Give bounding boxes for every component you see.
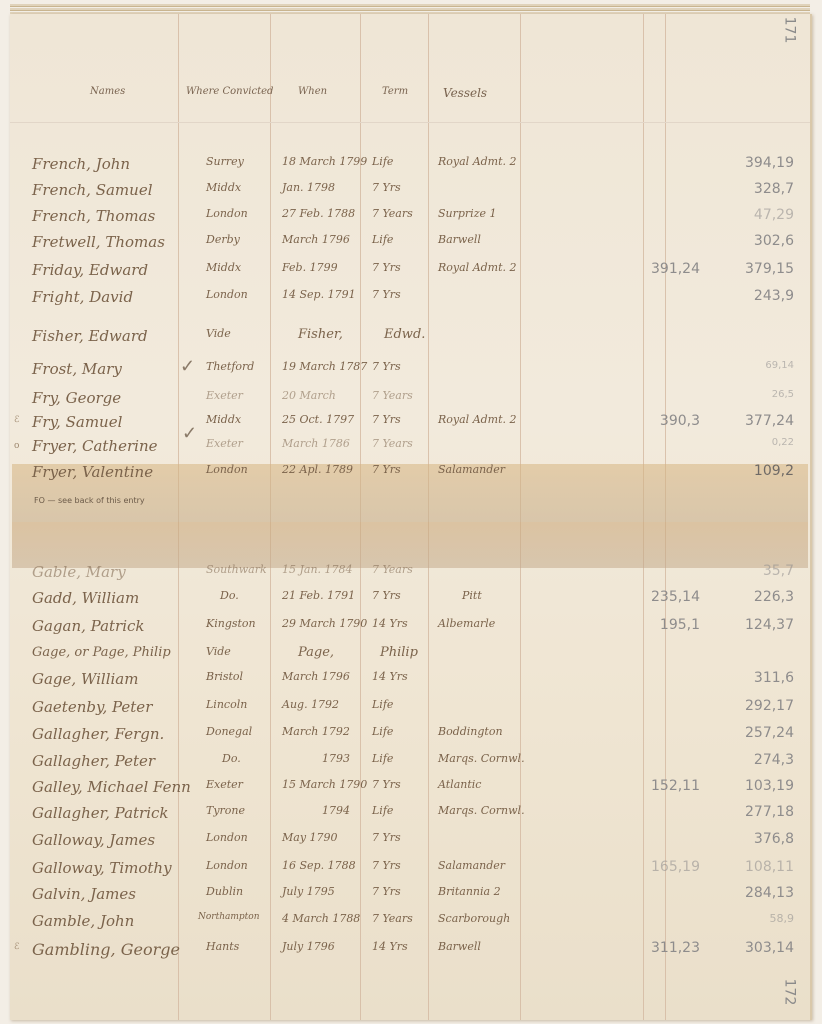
ref-number-2: 274,3 [712, 752, 794, 768]
vessel: Scarborough [438, 912, 510, 925]
term: Life [372, 155, 393, 168]
ref-number-2: 376,8 [712, 831, 794, 847]
term: 7 Yrs [372, 413, 401, 426]
ref-number-2: 377,24 [712, 413, 794, 429]
ref-number-2: 103,19 [712, 778, 794, 794]
convict-name: Galley, Michael Fenn [32, 778, 191, 796]
where-convicted: Vide [206, 645, 231, 658]
where-convicted: Kingston [206, 617, 256, 630]
margin-mark: ℰ [14, 942, 19, 952]
convict-name: Gallagher, Fergn. [32, 725, 164, 743]
ledger-row: Gallagher, PatrickTyrone1794LifeMarqs. C… [0, 804, 822, 830]
where-convicted: Middx [206, 181, 241, 194]
where-convicted: Exeter [206, 778, 243, 791]
term: 7 Years [372, 207, 413, 220]
ledger-row: Fisher, EdwardVideFisher,Edwd. [0, 327, 822, 353]
term: 7 Years [372, 563, 413, 576]
ref-number-1: 235,14 [640, 589, 700, 605]
convict-name: Galloway, James [32, 831, 155, 849]
vessel: Marqs. Cornwl. [438, 752, 525, 765]
when-convicted: Aug. 1792 [282, 698, 339, 711]
vessel: Marqs. Cornwl. [438, 804, 525, 817]
convict-name: Fryer, Catherine [32, 437, 157, 455]
when-convicted: March 1796 [282, 233, 350, 246]
when-convicted: March 1792 [282, 725, 350, 738]
header-where-convicted: Where Convicted [186, 86, 273, 97]
ledger-row: ℰGambling, GeorgeHantsJuly 179614 YrsBar… [0, 940, 822, 966]
convict-name: French, Thomas [32, 207, 155, 225]
ref-number-2: 35,7 [712, 563, 794, 579]
vessel: Barwell [438, 233, 481, 246]
when-convicted: Page, [298, 645, 334, 660]
where-convicted: Exeter [206, 437, 243, 450]
term: 7 Yrs [372, 589, 401, 602]
ref-number-2: 226,3 [712, 589, 794, 605]
term: 14 Yrs [372, 617, 408, 630]
where-convicted: London [206, 831, 248, 844]
term: 7 Yrs [372, 778, 401, 791]
repair-tape [12, 522, 808, 568]
ledger-row: Fretwell, ThomasDerbyMarch 1796LifeBarwe… [0, 233, 822, 259]
convict-name: Gage, William [32, 670, 138, 688]
where-convicted: Derby [206, 233, 240, 246]
ref-number-2: 284,13 [712, 885, 794, 901]
term: 7 Years [372, 912, 413, 925]
ledger-row: Gaetenby, PeterLincolnAug. 1792Life292,1… [0, 698, 822, 724]
vessel: Royal Admt. 2 [438, 155, 517, 168]
when-convicted: 21 Feb. 1791 [282, 589, 355, 602]
where-convicted: Dublin [206, 885, 243, 898]
ledger-row: ℰFry, SamuelMiddx25 Oct. 17977 YrsRoyal … [0, 413, 822, 439]
ref-number-2: 124,37 [712, 617, 794, 633]
convict-name: Galloway, Timothy [32, 859, 172, 877]
ref-number-2: 394,19 [712, 155, 794, 171]
where-convicted: Tyrone [206, 804, 245, 817]
when-convicted: July 1796 [282, 940, 335, 953]
where-convicted: Hants [206, 940, 239, 953]
ref-number-2: 26,5 [712, 389, 794, 400]
where-convicted: Do. [220, 589, 239, 602]
convict-name: Gaetenby, Peter [32, 698, 152, 716]
vessel: Boddington [438, 725, 503, 738]
ledger-row: Galloway, JamesLondonMay 17907 Yrs376,8 [0, 831, 822, 857]
where-convicted: Middx [206, 413, 241, 426]
ledger-row: French, JohnSurrey18 March 1799LifeRoyal… [0, 155, 822, 181]
margin-mark: ℰ [14, 415, 19, 425]
vessel: Salamander [438, 463, 505, 476]
when-convicted: 25 Oct. 1797 [282, 413, 354, 426]
ref-number-2: 379,15 [712, 261, 794, 277]
ref-number-2: 311,6 [712, 670, 794, 686]
ledger-row: Fryer, ValentineLondon22 Apl. 17897 YrsS… [0, 463, 822, 489]
when-convicted: 29 March 1790 [282, 617, 367, 630]
folio-number-bottom: 172 [781, 979, 797, 1006]
when-convicted: 19 March 1787 [282, 360, 367, 373]
ref-number-1: 391,24 [640, 261, 700, 277]
term: Life [372, 804, 393, 817]
convict-name: Fisher, Edward [32, 327, 148, 345]
when-convicted: 4 March 1788 [282, 912, 360, 925]
ledger-row: French, SamuelMiddxJan. 17987 Yrs328,7 [0, 181, 822, 207]
vessel: Salamander [438, 859, 505, 872]
vessel: Royal Admt. 2 [438, 413, 517, 426]
term: Life [372, 698, 393, 711]
ledger-row: Gamble, JohnNorthampton4 March 17887 Yea… [0, 912, 822, 938]
ref-number-2: 109,2 [712, 463, 794, 479]
folio-number-top: 171 [781, 17, 797, 44]
ref-number-1: 311,23 [640, 940, 700, 956]
ledger-row: oFryer, Catherine✓ExeterMarch 17867 Year… [0, 437, 822, 463]
convict-name: Gallagher, Peter [32, 752, 155, 770]
convict-name: Gable, Mary [32, 563, 126, 581]
term: 7 Yrs [372, 181, 401, 194]
when-convicted: 20 March [282, 389, 336, 402]
when-convicted: 22 Apl. 1789 [282, 463, 353, 476]
convict-name: Fright, David [32, 288, 133, 306]
vessel: Albemarle [438, 617, 495, 630]
ledger-row: Gagan, PatrickKingston29 March 179014 Yr… [0, 617, 822, 643]
convict-name: Gagan, Patrick [32, 617, 145, 635]
where-convicted: London [206, 859, 248, 872]
where-convicted: Vide [206, 327, 231, 340]
where-convicted: Bristol [206, 670, 243, 683]
ref-number-2: 302,6 [712, 233, 794, 249]
ref-number-2: 58,9 [712, 912, 794, 925]
when-convicted: May 1790 [282, 831, 338, 844]
ledger-row: Fry, GeorgeExeter20 March7 Years26,5 [0, 389, 822, 415]
when-convicted: 14 Sep. 1791 [282, 288, 356, 301]
convict-name: Gallagher, Patrick [32, 804, 169, 822]
where-convicted: London [206, 288, 248, 301]
term: 14 Yrs [372, 940, 408, 953]
vessel: Surprize 1 [438, 207, 497, 220]
ref-number-2: 303,14 [712, 940, 794, 956]
check-mark-icon: ✓ [180, 356, 195, 377]
term: Edwd. [384, 327, 425, 342]
where-convicted: Thetford [206, 360, 254, 373]
header-vessels: Vessels [443, 86, 487, 100]
where-convicted: Southwark [206, 563, 267, 576]
ledger-row: Gable, MarySouthwark15 Jan. 17847 Years3… [0, 563, 822, 589]
term: Life [372, 752, 393, 765]
header-rule [10, 122, 810, 123]
convict-name: Gadd, William [32, 589, 139, 607]
where-convicted: Surrey [206, 155, 244, 168]
where-convicted: Middx [206, 261, 241, 274]
term: Life [372, 725, 393, 738]
tape-annotation: FO — see back of this entry [34, 496, 145, 505]
term: 7 Yrs [372, 859, 401, 872]
term: Philip [380, 645, 418, 660]
ref-number-2: 257,24 [712, 725, 794, 741]
when-convicted: Jan. 1798 [282, 181, 335, 194]
where-convicted: Do. [222, 752, 241, 765]
vessel: Britannia 2 [438, 885, 501, 898]
ledger-row: Gallagher, PeterDo.1793LifeMarqs. Cornwl… [0, 752, 822, 778]
term: 7 Yrs [372, 885, 401, 898]
ref-number-1: 165,19 [640, 859, 700, 875]
where-convicted: Donegal [206, 725, 252, 738]
convict-name: Galvin, James [32, 885, 136, 903]
when-convicted: 1793 [322, 752, 350, 765]
ref-number-2: 328,7 [712, 181, 794, 197]
convict-name: French, Samuel [32, 181, 153, 199]
check-mark-icon: ✓ [182, 423, 197, 444]
ref-number-1: 390,3 [640, 413, 700, 429]
ref-number-2: 47,29 [712, 207, 794, 223]
term: Life [372, 233, 393, 246]
term: 7 Yrs [372, 463, 401, 476]
ref-number-2: 108,11 [712, 859, 794, 875]
ledger-row: Galvin, JamesDublinJuly 17957 YrsBritann… [0, 885, 822, 911]
when-convicted: 15 Jan. 1784 [282, 563, 353, 576]
ledger-row: Galloway, TimothyLondon16 Sep. 17887 Yrs… [0, 859, 822, 885]
ref-number-2: 69,14 [712, 360, 794, 371]
ref-number-2: 292,17 [712, 698, 794, 714]
when-convicted: Fisher, [298, 327, 343, 342]
term: 7 Yrs [372, 261, 401, 274]
term: 7 Years [372, 389, 413, 402]
convict-name: Fretwell, Thomas [32, 233, 165, 251]
convict-name: Gamble, John [32, 912, 134, 930]
margin-mark: o [14, 441, 19, 451]
convict-name: Gambling, George [32, 940, 180, 959]
ledger-row: Gallagher, Fergn.DonegalMarch 1792LifeBo… [0, 725, 822, 751]
when-convicted: 15 March 1790 [282, 778, 367, 791]
term: 7 Yrs [372, 360, 401, 373]
where-convicted: Northampton [198, 912, 260, 922]
convict-name: French, John [32, 155, 130, 173]
when-convicted: March 1786 [282, 437, 350, 450]
page-edge [10, 8, 810, 11]
convict-name: Friday, Edward [32, 261, 148, 279]
ref-number-2: 243,9 [712, 288, 794, 304]
when-convicted: March 1796 [282, 670, 350, 683]
where-convicted: London [206, 207, 248, 220]
when-convicted: 16 Sep. 1788 [282, 859, 356, 872]
when-convicted: 18 March 1799 [282, 155, 367, 168]
ledger-row: Gage, WilliamBristolMarch 179614 Yrs311,… [0, 670, 822, 696]
where-convicted: Lincoln [206, 698, 247, 711]
header-when: When [298, 86, 327, 97]
term: 7 Yrs [372, 831, 401, 844]
when-convicted: 1794 [322, 804, 350, 817]
vessel: Pitt [462, 589, 482, 602]
ledger-row: Gage, or Page, PhilipVidePage,Philip [0, 645, 822, 671]
vessel: Royal Admt. 2 [438, 261, 517, 274]
term: 7 Years [372, 437, 413, 450]
when-convicted: 27 Feb. 1788 [282, 207, 355, 220]
when-convicted: Feb. 1799 [282, 261, 338, 274]
where-convicted: Exeter [206, 389, 243, 402]
ledger-row: Gadd, WilliamDo.21 Feb. 17917 YrsPitt235… [0, 589, 822, 615]
vessel: Atlantic [438, 778, 481, 791]
ledger-row: French, ThomasLondon27 Feb. 17887 YearsS… [0, 207, 822, 233]
ledger-row: Frost, Mary✓Thetford19 March 17877 Yrs69… [0, 360, 822, 386]
ledger-row: Galley, Michael FennExeter15 March 17907… [0, 778, 822, 804]
where-convicted: London [206, 463, 248, 476]
convict-name: Gage, or Page, Philip [32, 645, 171, 660]
when-convicted: July 1795 [282, 885, 335, 898]
header-term: Term [382, 86, 408, 97]
ledger-row: Fright, DavidLondon14 Sep. 17917 Yrs243,… [0, 288, 822, 314]
convict-name: Fryer, Valentine [32, 463, 153, 481]
ledger-row: Friday, EdwardMiddxFeb. 17997 YrsRoyal A… [0, 261, 822, 287]
ref-number-2: 277,18 [712, 804, 794, 820]
ref-number-1: 152,11 [640, 778, 700, 794]
convict-name: Fry, George [32, 389, 121, 407]
vessel: Barwell [438, 940, 481, 953]
page-edge [10, 4, 810, 7]
ref-number-2: 0,22 [712, 437, 794, 448]
convict-name: Fry, Samuel [32, 413, 122, 431]
convict-name: Frost, Mary [32, 360, 122, 378]
header-names: Names [90, 86, 125, 97]
term: 7 Yrs [372, 288, 401, 301]
ref-number-1: 195,1 [640, 617, 700, 633]
term: 14 Yrs [372, 670, 408, 683]
